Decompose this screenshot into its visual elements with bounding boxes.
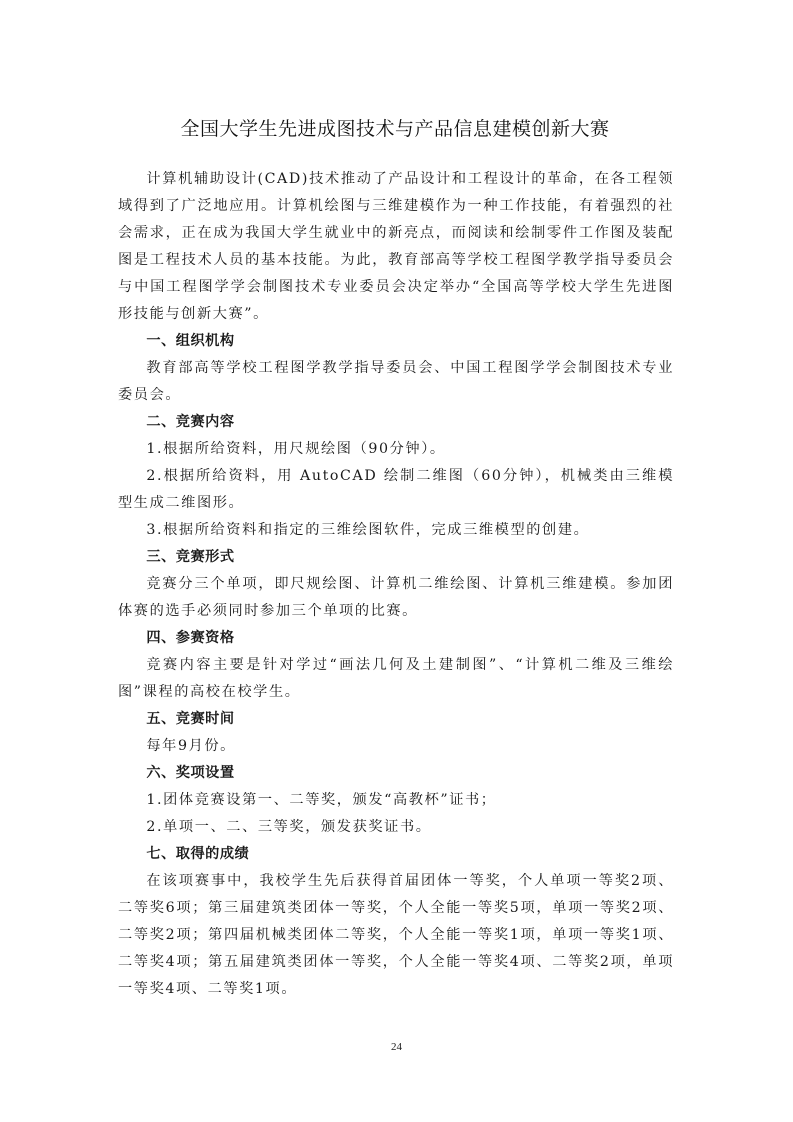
section-content: 二、竞赛内容 1.根据所给资料，用尺规绘图（90分钟）。 2.根据所给资料，用 … [118,409,674,544]
document-title: 全国大学生先进成图技术与产品信息建模创新大赛 [116,112,674,146]
section-awards: 六、奖项设置 1.团体竞赛设第一、二等奖，颁发“高教杯”证书； 2.单项一、二、… [118,760,674,841]
section-paragraph: 竞赛分三个单项，即尺规绘图、计算机二维绘图、计算机三维建模。参加团体赛的选手必须… [118,571,674,625]
document-page: 全国大学生先进成图技术与产品信息建模创新大赛 计算机辅助设计(CAD)技术推动了… [118,112,674,1003]
section-heading: 二、竞赛内容 [118,409,674,436]
section-paragraph: 教育部高等学校工程图学教学指导委员会、中国工程图学学会制图技术专业委员会。 [118,355,674,409]
section-heading: 三、竞赛形式 [118,544,674,571]
section-paragraph: 3.根据所给资料和指定的三维绘图软件，完成三维模型的创建。 [118,517,674,544]
section-heading: 七、取得的成绩 [118,841,674,868]
section-format: 三、竞赛形式 竞赛分三个单项，即尺规绘图、计算机二维绘图、计算机三维建模。参加团… [118,544,674,625]
section-paragraph: 在该项赛事中，我校学生先后获得首届团体一等奖，个人单项一等奖2项、二等奖6项；第… [118,868,674,1003]
section-organization: 一、组织机构 教育部高等学校工程图学教学指导委员会、中国工程图学学会制图技术专业… [118,328,674,409]
section-heading: 一、组织机构 [118,328,674,355]
intro-paragraph: 计算机辅助设计(CAD)技术推动了产品设计和工程设计的革命，在各工程领域得到了广… [118,166,674,328]
section-paragraph: 每年9月份。 [118,733,674,760]
section-heading: 四、参赛资格 [118,625,674,652]
section-paragraph: 2.单项一、二、三等奖，颁发获奖证书。 [118,814,674,841]
section-heading: 五、竞赛时间 [118,706,674,733]
section-paragraph: 2.根据所给资料，用 AutoCAD 绘制二维图（60分钟），机械类由三维模型生… [118,463,674,517]
section-paragraph: 1.根据所给资料，用尺规绘图（90分钟）。 [118,436,674,463]
section-eligibility: 四、参赛资格 竞赛内容主要是针对学过“画法几何及土建制图”、“计算机二维及三维绘… [118,625,674,706]
section-paragraph: 1.团体竞赛设第一、二等奖，颁发“高教杯”证书； [118,787,674,814]
page-number: 24 [0,1041,793,1053]
section-heading: 六、奖项设置 [118,760,674,787]
section-paragraph: 竞赛内容主要是针对学过“画法几何及土建制图”、“计算机二维及三维绘图”课程的高校… [118,652,674,706]
section-achievements: 七、取得的成绩 在该项赛事中，我校学生先后获得首届团体一等奖，个人单项一等奖2项… [118,841,674,1003]
section-time: 五、竞赛时间 每年9月份。 [118,706,674,760]
